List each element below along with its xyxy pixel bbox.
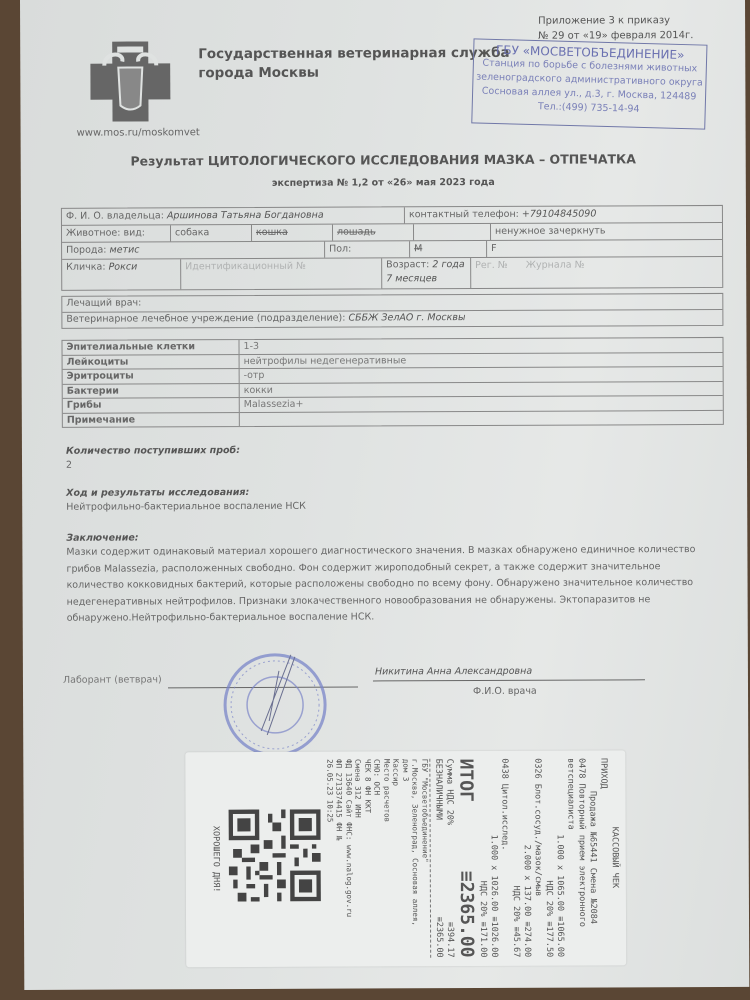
name-row: Кличка: Рокси Идентификационный № Возрас…: [62, 257, 722, 290]
breed-label: Порода:: [66, 245, 106, 256]
receipt-item: 0326 Блот.сосуд./мазок/смыв 2.000 x 137.…: [509, 758, 543, 957]
id-number-label: Идентификационный №: [181, 258, 382, 289]
receipt-total: ИТОГ ≡2365.00: [454, 759, 477, 958]
vat-total-value: ≡394.17: [444, 922, 455, 958]
clinic-label: Ветеринарное лечебное учреждение (подраз…: [66, 313, 345, 325]
expertise-number: экспертиза № 1,2 от «26» мая 2023 года: [21, 176, 746, 190]
age-label: Возраст:: [386, 259, 429, 270]
cashless-value: ≡2365.00: [433, 917, 444, 958]
owner-value: Аршинова Татьяна Богдановна: [167, 210, 324, 222]
samples-value: 2: [66, 458, 72, 475]
sex-male: М: [410, 241, 487, 257]
receipt-type: ПРИХОД: [597, 758, 609, 957]
pet-name-label: Кличка:: [66, 262, 105, 273]
species-option-dog: собака: [171, 225, 252, 241]
receipt-sale: Продажа №65441 Смена №2084: [586, 758, 598, 957]
vet-service-logo-icon: [90, 41, 170, 121]
samples-heading: Количество поступивших проб:: [66, 445, 240, 457]
course-heading: Ход и результаты исследования:: [66, 487, 249, 499]
annex-reference: Приложение 3 к приказу № 29 от «19» февр…: [538, 13, 693, 44]
receipt-title: КАССОВЫЙ ЧЕК: [608, 758, 620, 957]
vet-info-table: Лечащий врач: Ветеринарное лечебное учре…: [61, 293, 723, 329]
institution-stamp: ГБУ «МОСВЕТОБЪЕДИНЕНИЕ» Станция по борьб…: [471, 38, 707, 129]
conclusion-heading: Заключение:: [66, 532, 138, 543]
reg-number-label: Рег. №: [475, 260, 508, 271]
lab-assistant-label: Лаборант (ветврач): [63, 674, 162, 685]
sex-label: Пол:: [325, 241, 410, 257]
phone-value: +79104845090: [522, 208, 597, 219]
receipt-footer: ГБУ "Мосветобъединение" г.Москва, Зелено…: [325, 759, 430, 958]
owner-info-table: Ф. И. О. владельца: Аршинова Татьяна Бог…: [61, 205, 723, 291]
species-option-horse: лошадь: [333, 224, 414, 240]
species-option-empty: [414, 224, 491, 240]
cash-receipt: КАССОВЫЙ ЧЕК ПРИХОД Продажа №65441 Смена…: [185, 750, 626, 967]
breed-value: метис: [109, 244, 139, 255]
doctor-name: Никитина Анна Александровна: [375, 666, 532, 678]
doctor-seal-icon: [221, 651, 329, 759]
cashless-label: БЕЗНАЛИЧНЫМИ: [432, 759, 443, 820]
pet-name-value: Рокси: [109, 261, 138, 272]
age-value-years: 2 года: [432, 259, 464, 270]
course-text: Нейтрофильно-бактериальное воспаление НС…: [66, 499, 306, 517]
doctor-name-line: [373, 679, 645, 681]
owner-label: Ф. И. О. владельца:: [66, 210, 164, 221]
clinic-value: СББЖ ЗелАО г. Москвы: [348, 312, 465, 324]
organization-name: Государственная ветеринарная служба горо…: [198, 44, 510, 83]
doctor-label: Лечащий врач:: [62, 294, 722, 312]
receipt-item: 0478 Повторный прием электронного ветспе…: [542, 758, 587, 957]
animal-label: Животное: вид:: [62, 225, 171, 241]
phone-label: контактный телефон:: [409, 209, 519, 220]
journal-number-label: Журнала №: [526, 260, 585, 271]
species-option-cat: кошка: [252, 225, 333, 241]
receipt-thanks: ХОРОШЕГО ДНЯ!: [210, 760, 222, 959]
cytology-results-table: Эпителиальные клетки 1-3 Лейкоциты нейтр…: [61, 337, 723, 428]
qr-code-icon: [229, 809, 321, 901]
age-value-months: 7 месяцев: [386, 273, 437, 284]
document-page: Государственная ветеринарная служба горо…: [20, 0, 749, 990]
species-note: ненужное зачеркнуть: [491, 223, 722, 240]
sex-female: F: [487, 240, 722, 257]
vat-total-label: Сумма НДС 20%: [443, 759, 454, 826]
website-link: www.mos.ru/moskomvet: [77, 127, 200, 139]
table-row: Примечание: [63, 410, 723, 426]
conclusion-text: Мазки содержит одинаковый материал хорош…: [66, 542, 726, 627]
doctor-caption: Ф.И.О. врача: [473, 686, 537, 697]
page-title: Результат ЦИТОЛОГИЧЕСКОГО ИССЛЕДОВАНИЯ М…: [21, 151, 746, 169]
receipt-item: 0438 Цитол.исслед. 1.000 x 1026.00 ≡1026…: [476, 758, 510, 957]
